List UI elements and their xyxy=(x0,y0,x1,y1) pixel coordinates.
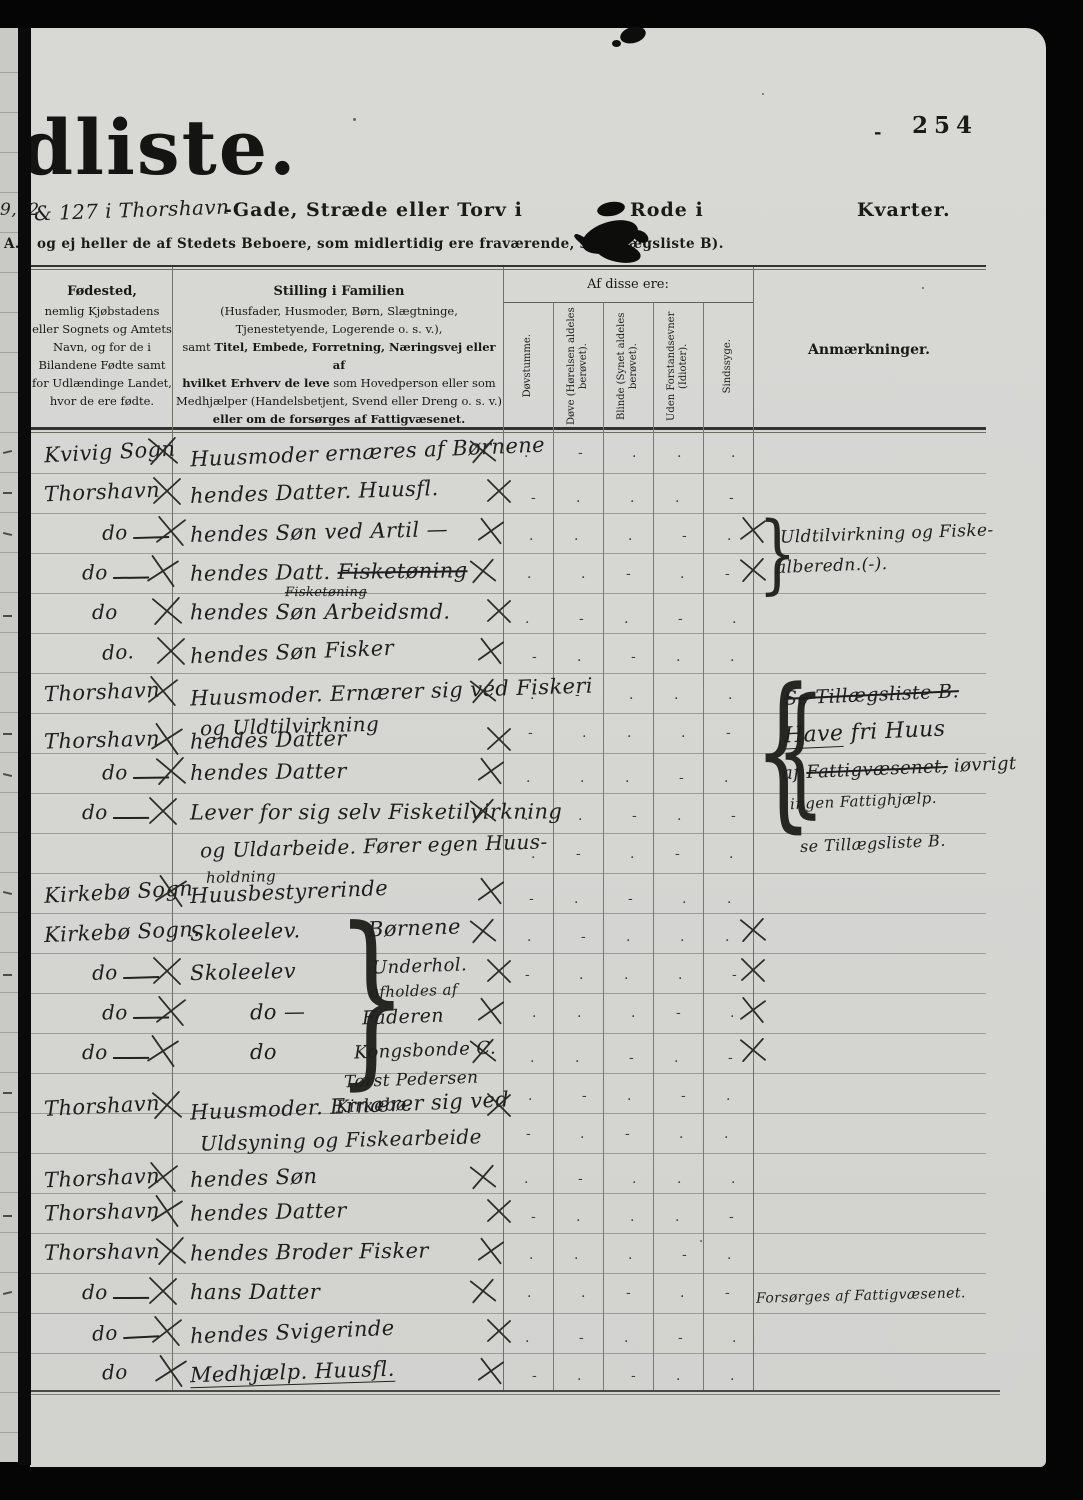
empty-mark: . xyxy=(724,1126,728,1142)
entry-fodested-text: Thorshavn xyxy=(43,1091,160,1121)
empty-mark: . xyxy=(530,687,534,703)
entry-fodested: Thorshavn xyxy=(44,1239,160,1265)
empty-mark: . xyxy=(680,566,684,582)
entry-fodested: do xyxy=(102,1359,129,1384)
x-mark-glyph xyxy=(148,1276,178,1306)
x-mark xyxy=(477,1237,506,1266)
x-mark xyxy=(155,515,188,548)
empty-mark: . xyxy=(675,1209,679,1225)
entry-stilling: do — xyxy=(250,1000,306,1025)
handwritten-segment: hendes Søn ved Artil — xyxy=(190,517,448,547)
entry-fodested-text: do xyxy=(82,560,108,584)
empty-mark: . xyxy=(576,490,580,506)
x-mark xyxy=(154,874,189,909)
entry-fodested: do xyxy=(82,1040,149,1064)
empty-mark: . xyxy=(630,490,634,506)
handwritten-segment: hans Datter xyxy=(190,1280,320,1304)
cutoff-mark xyxy=(3,532,12,536)
anm-uld-line: alberedn.(-). xyxy=(776,554,888,578)
empty-mark: - xyxy=(679,770,684,786)
book-spine-shadow xyxy=(18,28,31,1465)
handwritten-segment: Fisketøning xyxy=(337,558,467,584)
empty-mark: . xyxy=(724,770,728,786)
entry-stilling: hendes Søn xyxy=(190,1164,318,1192)
empty-mark: - xyxy=(631,1368,636,1384)
x-mark-glyph xyxy=(150,722,185,757)
entry-fodested: Thorshavn xyxy=(44,1198,161,1225)
entry-stilling-extra: Uldsyning og Fiskearbeide xyxy=(200,1124,482,1155)
empty-mark: . xyxy=(729,846,733,862)
empty-mark: . xyxy=(531,846,535,862)
x-mark xyxy=(477,877,506,906)
empty-mark: . xyxy=(732,611,736,627)
handwritten-segment: hendes Søn Arbeidsmd. xyxy=(190,600,451,625)
x-mark xyxy=(739,996,768,1025)
empty-mark: - xyxy=(531,1209,536,1225)
empty-mark: - xyxy=(579,1330,584,1346)
handwritten-content-layer: Kvivig SognHuusmoder ernæres af BørneneT… xyxy=(0,0,1083,1500)
empty-mark: . xyxy=(579,967,583,983)
x-mark xyxy=(486,726,512,752)
empty-mark: . xyxy=(627,725,631,741)
x-mark xyxy=(477,637,506,666)
x-mark-glyph xyxy=(148,796,178,826)
x-mark xyxy=(148,1276,178,1306)
x-mark-glyph xyxy=(152,476,182,506)
empty-mark: - xyxy=(582,1088,587,1104)
empty-mark: - xyxy=(626,566,631,582)
empty-mark: . xyxy=(727,891,731,907)
empty-mark: - xyxy=(528,725,533,741)
x-mark-glyph xyxy=(486,958,512,984)
x-mark-glyph xyxy=(155,995,188,1028)
x-mark xyxy=(477,757,506,786)
entry-fodested: Thorshavn xyxy=(44,1164,161,1193)
empty-mark: . xyxy=(582,725,586,741)
entry-fodested-text: Thorshavn xyxy=(44,478,161,507)
handwritten-segment: se Tillægsliste B. xyxy=(800,831,946,856)
empty-mark: . xyxy=(527,1285,531,1301)
school-group-note-line: Underhol. xyxy=(372,954,468,978)
handwritten-segment: alberedn.(-). xyxy=(776,554,888,578)
x-mark xyxy=(469,557,498,586)
handwritten-segment: Have xyxy=(784,721,844,750)
empty-mark: . xyxy=(574,1247,578,1263)
empty-mark: - xyxy=(526,1126,531,1142)
x-mark xyxy=(152,476,182,506)
empty-mark: . xyxy=(577,1368,581,1384)
entry-fodested-text: do xyxy=(92,960,118,985)
empty-mark: - xyxy=(678,1330,683,1346)
x-mark-glyph xyxy=(740,957,766,983)
entry-fodested: Thorshavn xyxy=(43,1091,160,1121)
x-mark xyxy=(469,1277,498,1306)
x-mark xyxy=(156,636,186,666)
empty-mark: . xyxy=(727,1247,731,1263)
empty-mark: . xyxy=(730,1368,734,1384)
x-mark-glyph xyxy=(486,1198,512,1224)
entry-stilling: do xyxy=(250,1040,277,1064)
x-mark xyxy=(155,1235,188,1268)
entry-fodested: do xyxy=(82,559,149,584)
cutoff-mark xyxy=(3,450,12,454)
cutoff-mark xyxy=(3,974,12,976)
x-mark-glyph xyxy=(477,877,506,906)
empty-mark: - xyxy=(732,967,737,983)
entry-fodested-text: do xyxy=(82,1040,108,1064)
cutoff-mark xyxy=(3,1092,12,1094)
entry-fodested-text: Thorshavn xyxy=(44,1198,161,1225)
empty-mark: . xyxy=(680,1285,684,1301)
entry-fodested: Thorshavn xyxy=(44,678,161,707)
x-mark-glyph xyxy=(739,1036,768,1065)
anm-forsorg-line: Forsørges af Fattigvæsenet. xyxy=(756,1285,966,1306)
empty-mark: . xyxy=(726,1088,730,1104)
empty-mark: . xyxy=(628,1247,632,1263)
empty-mark: - xyxy=(682,528,687,544)
entry-fodested: Thorshavn xyxy=(44,726,161,753)
empty-mark: . xyxy=(680,929,684,945)
entry-fodested-text: Thorshavn xyxy=(44,1164,161,1193)
ditto-dash xyxy=(113,803,149,819)
empty-mark: - xyxy=(682,1247,687,1263)
empty-mark: - xyxy=(681,1088,686,1104)
x-mark-glyph xyxy=(147,435,180,468)
x-mark-glyph xyxy=(477,997,506,1026)
ditto-dash xyxy=(113,1283,149,1299)
empty-mark: . xyxy=(676,1368,680,1384)
empty-mark: - xyxy=(675,846,680,862)
entry-fodested: do xyxy=(92,600,118,624)
entry-fodested-text: do xyxy=(91,1320,118,1345)
empty-mark: . xyxy=(677,445,681,461)
entry-fodested-text: do xyxy=(102,1000,128,1024)
empty-mark: - xyxy=(731,808,736,824)
x-mark-glyph xyxy=(477,1237,506,1266)
entry-stilling: Lever for sig selv Fisketilvirkning xyxy=(190,799,562,824)
entry-stilling: Skoleelev xyxy=(190,959,296,985)
entry-fodested-text: do xyxy=(82,800,108,824)
empty-mark: . xyxy=(525,611,529,627)
empty-mark: - xyxy=(532,1368,537,1384)
empty-mark: - xyxy=(579,611,584,627)
x-mark-glyph xyxy=(151,1315,184,1348)
handwritten-segment: Skoleelev xyxy=(190,959,296,985)
empty-mark: - xyxy=(628,891,633,907)
entry-fodested: do. xyxy=(101,639,134,665)
handwritten-segment: do xyxy=(250,1040,277,1064)
empty-mark: . xyxy=(674,1050,678,1066)
empty-mark: . xyxy=(630,846,634,862)
x-mark-glyph xyxy=(469,1277,498,1306)
handwritten-segment: Medhjælp. Huusfl. xyxy=(190,1357,395,1389)
x-mark xyxy=(151,1089,184,1122)
entry-stilling: Skoleelev. xyxy=(190,918,301,946)
school-group-note-line: Børnene xyxy=(368,914,462,941)
x-mark-glyph xyxy=(469,917,498,946)
entry-stilling: hendes Svigerinde xyxy=(190,1316,395,1349)
empty-mark: - xyxy=(729,1209,734,1225)
empty-mark: . xyxy=(580,770,584,786)
empty-mark: - xyxy=(626,1285,631,1301)
empty-mark: - xyxy=(525,967,530,983)
x-mark xyxy=(469,1163,498,1192)
empty-mark: . xyxy=(532,1005,536,1021)
empty-mark: - xyxy=(631,649,636,665)
entry-fodested-text: Kirkebø Sogn. xyxy=(44,917,201,947)
empty-mark: . xyxy=(575,1050,579,1066)
x-mark-glyph xyxy=(739,996,768,1025)
x-mark-glyph xyxy=(469,557,498,586)
empty-mark: . xyxy=(627,1088,631,1104)
empty-mark: . xyxy=(578,808,582,824)
scanned-census-page: - 254 dliste. 9,12 & 127 i Thorshavn -Ga… xyxy=(0,0,1083,1500)
entry-fodested-text: do xyxy=(92,600,118,624)
x-mark xyxy=(154,1354,189,1389)
x-mark xyxy=(150,722,185,757)
handwritten-segment: hendes Datter xyxy=(190,759,347,785)
x-mark-glyph xyxy=(486,598,512,624)
x-mark xyxy=(469,677,498,706)
x-mark-glyph xyxy=(486,478,512,504)
entry-fodested: Kirkebø Sogn. xyxy=(44,917,201,947)
empty-mark: . xyxy=(625,770,629,786)
ditto-dash xyxy=(113,1043,149,1059)
entry-fodested-text: do. xyxy=(101,639,134,665)
entry-fodested-text: do xyxy=(102,760,128,784)
cutoff-mark xyxy=(3,1215,12,1217)
entry-stilling: hendes Søn Arbeidsmd.Fisketøning xyxy=(190,600,451,625)
x-mark-glyph xyxy=(477,637,506,666)
handwritten-segment: hendes Svigerinde xyxy=(190,1316,395,1349)
handwritten-segment: hendes Datter xyxy=(190,1198,347,1225)
entry-stilling: hendes Datter xyxy=(190,1198,347,1225)
x-mark-glyph xyxy=(154,1354,189,1389)
x-mark xyxy=(486,958,512,984)
anm-uld-line: Uldtilvirkning og Fiske- xyxy=(780,520,994,547)
entry-stilling: Medhjælp. Huusfl. xyxy=(190,1357,395,1388)
x-mark-glyph xyxy=(146,554,181,589)
school-group-note-line: afholdes af xyxy=(370,980,458,1001)
x-mark-glyph xyxy=(469,437,498,466)
entry-stilling: hendes Søn ved Artil — xyxy=(190,517,448,547)
entry-stilling: hendes Søn Fisker xyxy=(190,636,395,669)
x-mark xyxy=(146,1034,181,1069)
empty-mark: . xyxy=(624,1330,628,1346)
empty-mark: . xyxy=(731,1171,735,1187)
handwritten-segment: hendes Søn xyxy=(190,1164,318,1192)
empty-mark: . xyxy=(577,649,581,665)
entry-fodested: Thorshavn xyxy=(44,478,161,507)
cutoff-mark xyxy=(3,615,12,617)
empty-mark: . xyxy=(632,1171,636,1187)
empty-mark: . xyxy=(576,1209,580,1225)
x-mark-glyph xyxy=(147,675,180,708)
empty-mark: . xyxy=(675,490,679,506)
x-mark xyxy=(150,1194,185,1229)
empty-mark: . xyxy=(524,1171,528,1187)
empty-mark: . xyxy=(628,528,632,544)
cutoff-mark xyxy=(3,1291,12,1295)
x-mark xyxy=(469,437,498,466)
handwritten-segment: hendes Datter xyxy=(190,726,347,753)
empty-mark: . xyxy=(526,770,530,786)
x-mark xyxy=(477,1357,506,1386)
handwritten-segment: af xyxy=(782,762,807,784)
x-mark xyxy=(469,917,498,946)
empty-mark: . xyxy=(679,1126,683,1142)
x-mark-glyph xyxy=(469,677,498,706)
x-mark-glyph xyxy=(477,517,506,546)
handwritten-segment: Fattigvæsenet, xyxy=(806,756,948,783)
x-mark-glyph xyxy=(486,726,512,752)
x-mark xyxy=(146,554,181,589)
handwritten-segment: hendes Datt. xyxy=(190,560,338,586)
entry-fodested: do xyxy=(91,1318,159,1345)
x-mark xyxy=(147,675,180,708)
empty-mark: . xyxy=(730,649,734,665)
entry-stilling: hans Datter xyxy=(190,1280,320,1304)
x-mark-glyph xyxy=(469,1163,498,1192)
x-mark xyxy=(152,956,182,986)
x-mark xyxy=(486,1198,512,1224)
empty-mark: . xyxy=(581,566,585,582)
empty-mark: - xyxy=(531,490,536,506)
empty-mark: - xyxy=(575,687,580,703)
school-group-note-line: Kirkebø. xyxy=(336,1095,413,1118)
x-mark-glyph xyxy=(155,755,188,788)
empty-mark: - xyxy=(625,1126,630,1142)
empty-mark: - xyxy=(726,725,731,741)
x-mark xyxy=(477,517,506,546)
inserted-struck-word: Fisketøning xyxy=(285,585,367,600)
empty-mark: . xyxy=(682,891,686,907)
ditto-dash xyxy=(113,562,149,579)
empty-mark: . xyxy=(681,725,685,741)
x-mark-glyph xyxy=(154,874,189,909)
empty-mark: - xyxy=(725,566,730,582)
x-mark xyxy=(155,995,188,1028)
entry-fodested-text: do xyxy=(102,1359,129,1384)
entry-fodested-text: do xyxy=(102,520,128,545)
empty-mark: - xyxy=(581,929,586,945)
x-mark-glyph xyxy=(155,515,188,548)
entry-stilling: hendes Datter xyxy=(190,759,347,785)
x-mark-glyph xyxy=(469,797,498,826)
entry-fodested: do xyxy=(82,800,149,824)
entry-fodested: do xyxy=(82,1280,149,1304)
handwritten-segment: hendes Søn Fisker xyxy=(190,636,395,669)
x-mark-glyph xyxy=(486,1318,512,1344)
x-mark xyxy=(477,997,506,1026)
empty-mark: . xyxy=(624,967,628,983)
entry-fodested-text: Thorshavn xyxy=(44,726,161,753)
handwritten-segment: Skoleelev. xyxy=(190,918,301,946)
x-mark-glyph xyxy=(155,1235,188,1268)
x-mark xyxy=(151,1315,184,1348)
anm-tillaeg-line: se Tillægsliste B. xyxy=(800,831,946,856)
empty-mark: . xyxy=(525,1330,529,1346)
x-mark-glyph xyxy=(151,1089,184,1122)
entry-stilling-extra: og Uldarbeide. Fører egen Huus- xyxy=(200,829,548,862)
empty-mark: - xyxy=(728,1050,733,1066)
entry-stilling: hendes Broder Fisker xyxy=(190,1239,429,1266)
cutoff-mark xyxy=(3,492,12,494)
x-mark-glyph xyxy=(151,595,184,628)
empty-mark: - xyxy=(676,1005,681,1021)
x-mark-glyph xyxy=(156,636,186,666)
ink-blot-top-tail xyxy=(612,40,621,47)
x-mark xyxy=(486,598,512,624)
x-mark-glyph xyxy=(147,1161,180,1194)
empty-mark: . xyxy=(677,1171,681,1187)
empty-mark: . xyxy=(728,687,732,703)
anm-uld-brace: } xyxy=(758,514,796,594)
empty-mark: - xyxy=(529,891,534,907)
empty-mark: . xyxy=(631,1005,635,1021)
handwritten-segment: Forsørges af Fattigvæsenet. xyxy=(756,1285,966,1306)
empty-mark: . xyxy=(626,929,630,945)
x-mark-glyph xyxy=(477,1357,506,1386)
empty-mark: - xyxy=(729,490,734,506)
handwritten-segment: Lever for sig selv Fisketilvirkning xyxy=(190,799,562,824)
school-group-note-line: Faderen xyxy=(362,1005,445,1030)
empty-mark: . xyxy=(730,1005,734,1021)
empty-mark: . xyxy=(678,967,682,983)
empty-mark: - xyxy=(629,1050,634,1066)
empty-mark: . xyxy=(574,528,578,544)
x-mark xyxy=(147,435,180,468)
x-mark-glyph xyxy=(150,1194,185,1229)
empty-mark: . xyxy=(581,1285,585,1301)
handwritten-segment: hendes Datter. Huusfl. xyxy=(190,476,439,508)
x-mark xyxy=(147,1161,180,1194)
empty-mark: . xyxy=(529,528,533,544)
x-mark xyxy=(486,1092,512,1118)
handwritten-segment: fri Huus xyxy=(843,716,946,745)
empty-mark: . xyxy=(524,445,528,461)
empty-mark: . xyxy=(731,445,735,461)
x-mark xyxy=(155,755,188,788)
empty-mark: - xyxy=(576,846,581,862)
cutoff-mark xyxy=(3,773,12,777)
empty-mark: - xyxy=(532,649,537,665)
empty-mark: . xyxy=(676,649,680,665)
cutoff-mark xyxy=(3,733,12,735)
x-mark xyxy=(739,916,768,945)
x-mark-glyph xyxy=(739,916,768,945)
x-mark xyxy=(740,957,766,983)
empty-mark: - xyxy=(678,611,683,627)
empty-mark: . xyxy=(524,808,528,824)
empty-mark: . xyxy=(727,528,731,544)
empty-mark: - xyxy=(578,1171,583,1187)
x-mark-glyph xyxy=(477,757,506,786)
empty-mark: . xyxy=(529,1247,533,1263)
entry-fodested-text: Thorshavn xyxy=(44,678,161,707)
handwritten-segment: hendes Broder Fisker xyxy=(190,1239,429,1266)
handwritten-segment: iøvrigt xyxy=(947,753,1017,777)
empty-mark: . xyxy=(530,1050,534,1066)
entry-fodested-text: Thorshavn xyxy=(44,1239,160,1265)
x-mark xyxy=(486,1318,512,1344)
empty-mark: . xyxy=(528,1088,532,1104)
empty-mark: . xyxy=(732,1330,736,1346)
handwritten-segment: do — xyxy=(250,1000,306,1025)
cutoff-mark xyxy=(3,891,12,895)
x-mark xyxy=(151,595,184,628)
empty-mark: . xyxy=(577,1005,581,1021)
